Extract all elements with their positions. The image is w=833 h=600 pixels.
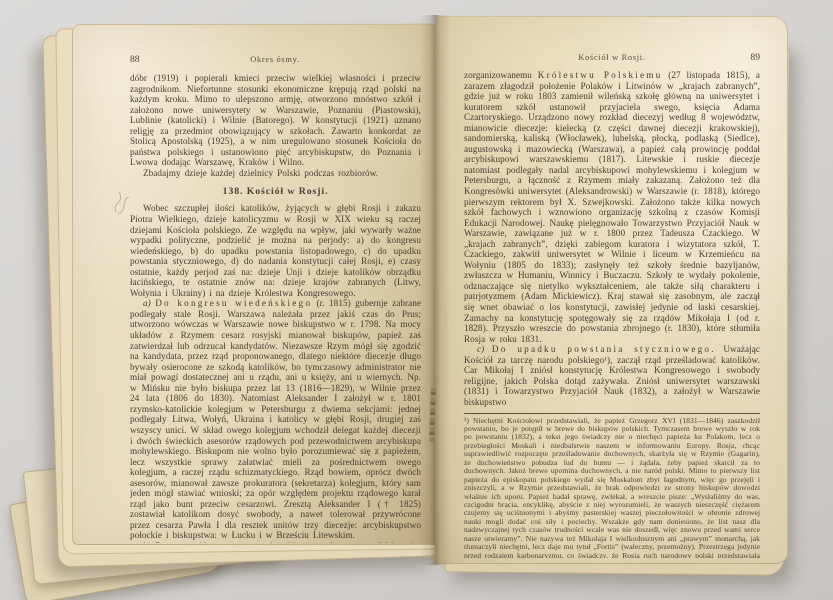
body-paragraph: a) Do kongresu wiedeńskiego (r. 1815) gu… bbox=[130, 298, 421, 541]
running-header-row: Kościół w Rosji. 89 bbox=[464, 53, 760, 65]
section-marker: b) bbox=[143, 541, 151, 543]
section-marker: a) bbox=[143, 298, 151, 308]
body-paragraph: b) Do upadku powstania listopadowego. Wy… bbox=[130, 541, 421, 543]
photo-background: 88 Okres ósmy. dóbr (1919) i popierali k… bbox=[0, 0, 833, 600]
body-paragraph: c) Do upadku powstania styczniowego. Uwa… bbox=[464, 344, 760, 407]
running-header-row: 88 Okres ósmy. bbox=[130, 55, 420, 67]
footnote-text: ¹) Niechętni Kościołowi przedstawiali, ż… bbox=[464, 417, 760, 559]
left-page: 88 Okres ósmy. dóbr (1919) i popierali k… bbox=[72, 24, 435, 545]
right-page-text-column: zorganizowanemu Królestwu Polskiemu (27 … bbox=[464, 70, 760, 558]
page-number: 88 bbox=[130, 54, 140, 65]
section-lead: Do kongresu wiedeńskiego bbox=[155, 298, 312, 308]
running-header: Okres ósmy. bbox=[130, 55, 420, 64]
running-header: Kościół w Rosji. bbox=[464, 53, 760, 62]
page-number: 89 bbox=[750, 52, 760, 63]
section-text: (r. 1815) gubernje zabrane podlegały sta… bbox=[130, 298, 421, 540]
section-heading: 138. Kościół w Rosji. bbox=[130, 186, 421, 197]
body-paragraph: Zbadajmy dzieje każdej dzielnicy Polski … bbox=[130, 168, 421, 179]
left-page-text-column: dóbr (1919) i popierali kmieci przeciw w… bbox=[130, 73, 421, 543]
section-text: (27 listopada 1815), a zarazem złagodził… bbox=[464, 70, 760, 344]
section-text: zorganizowanemu bbox=[464, 70, 532, 80]
section-lead: Królestwu Polskiemu bbox=[538, 70, 663, 80]
body-paragraph: zorganizowanemu Królestwu Polskiemu (27 … bbox=[464, 70, 760, 344]
section-lead: Do upadku powstania listopadowego. bbox=[155, 541, 374, 543]
right-page: Kościół w Rosji. 89 zorganizowanemu Król… bbox=[435, 16, 788, 564]
footnote-divider bbox=[464, 413, 760, 414]
section-lead: Do upadku powstania styczniowego. bbox=[492, 344, 716, 354]
pencil-mark bbox=[110, 186, 136, 218]
body-paragraph: Wobec szczupłej ilości katolików, żyjący… bbox=[130, 203, 421, 298]
body-paragraph: dóbr (1919) i popierali kmieci przeciw w… bbox=[130, 73, 421, 168]
section-marker: c) bbox=[477, 344, 484, 354]
